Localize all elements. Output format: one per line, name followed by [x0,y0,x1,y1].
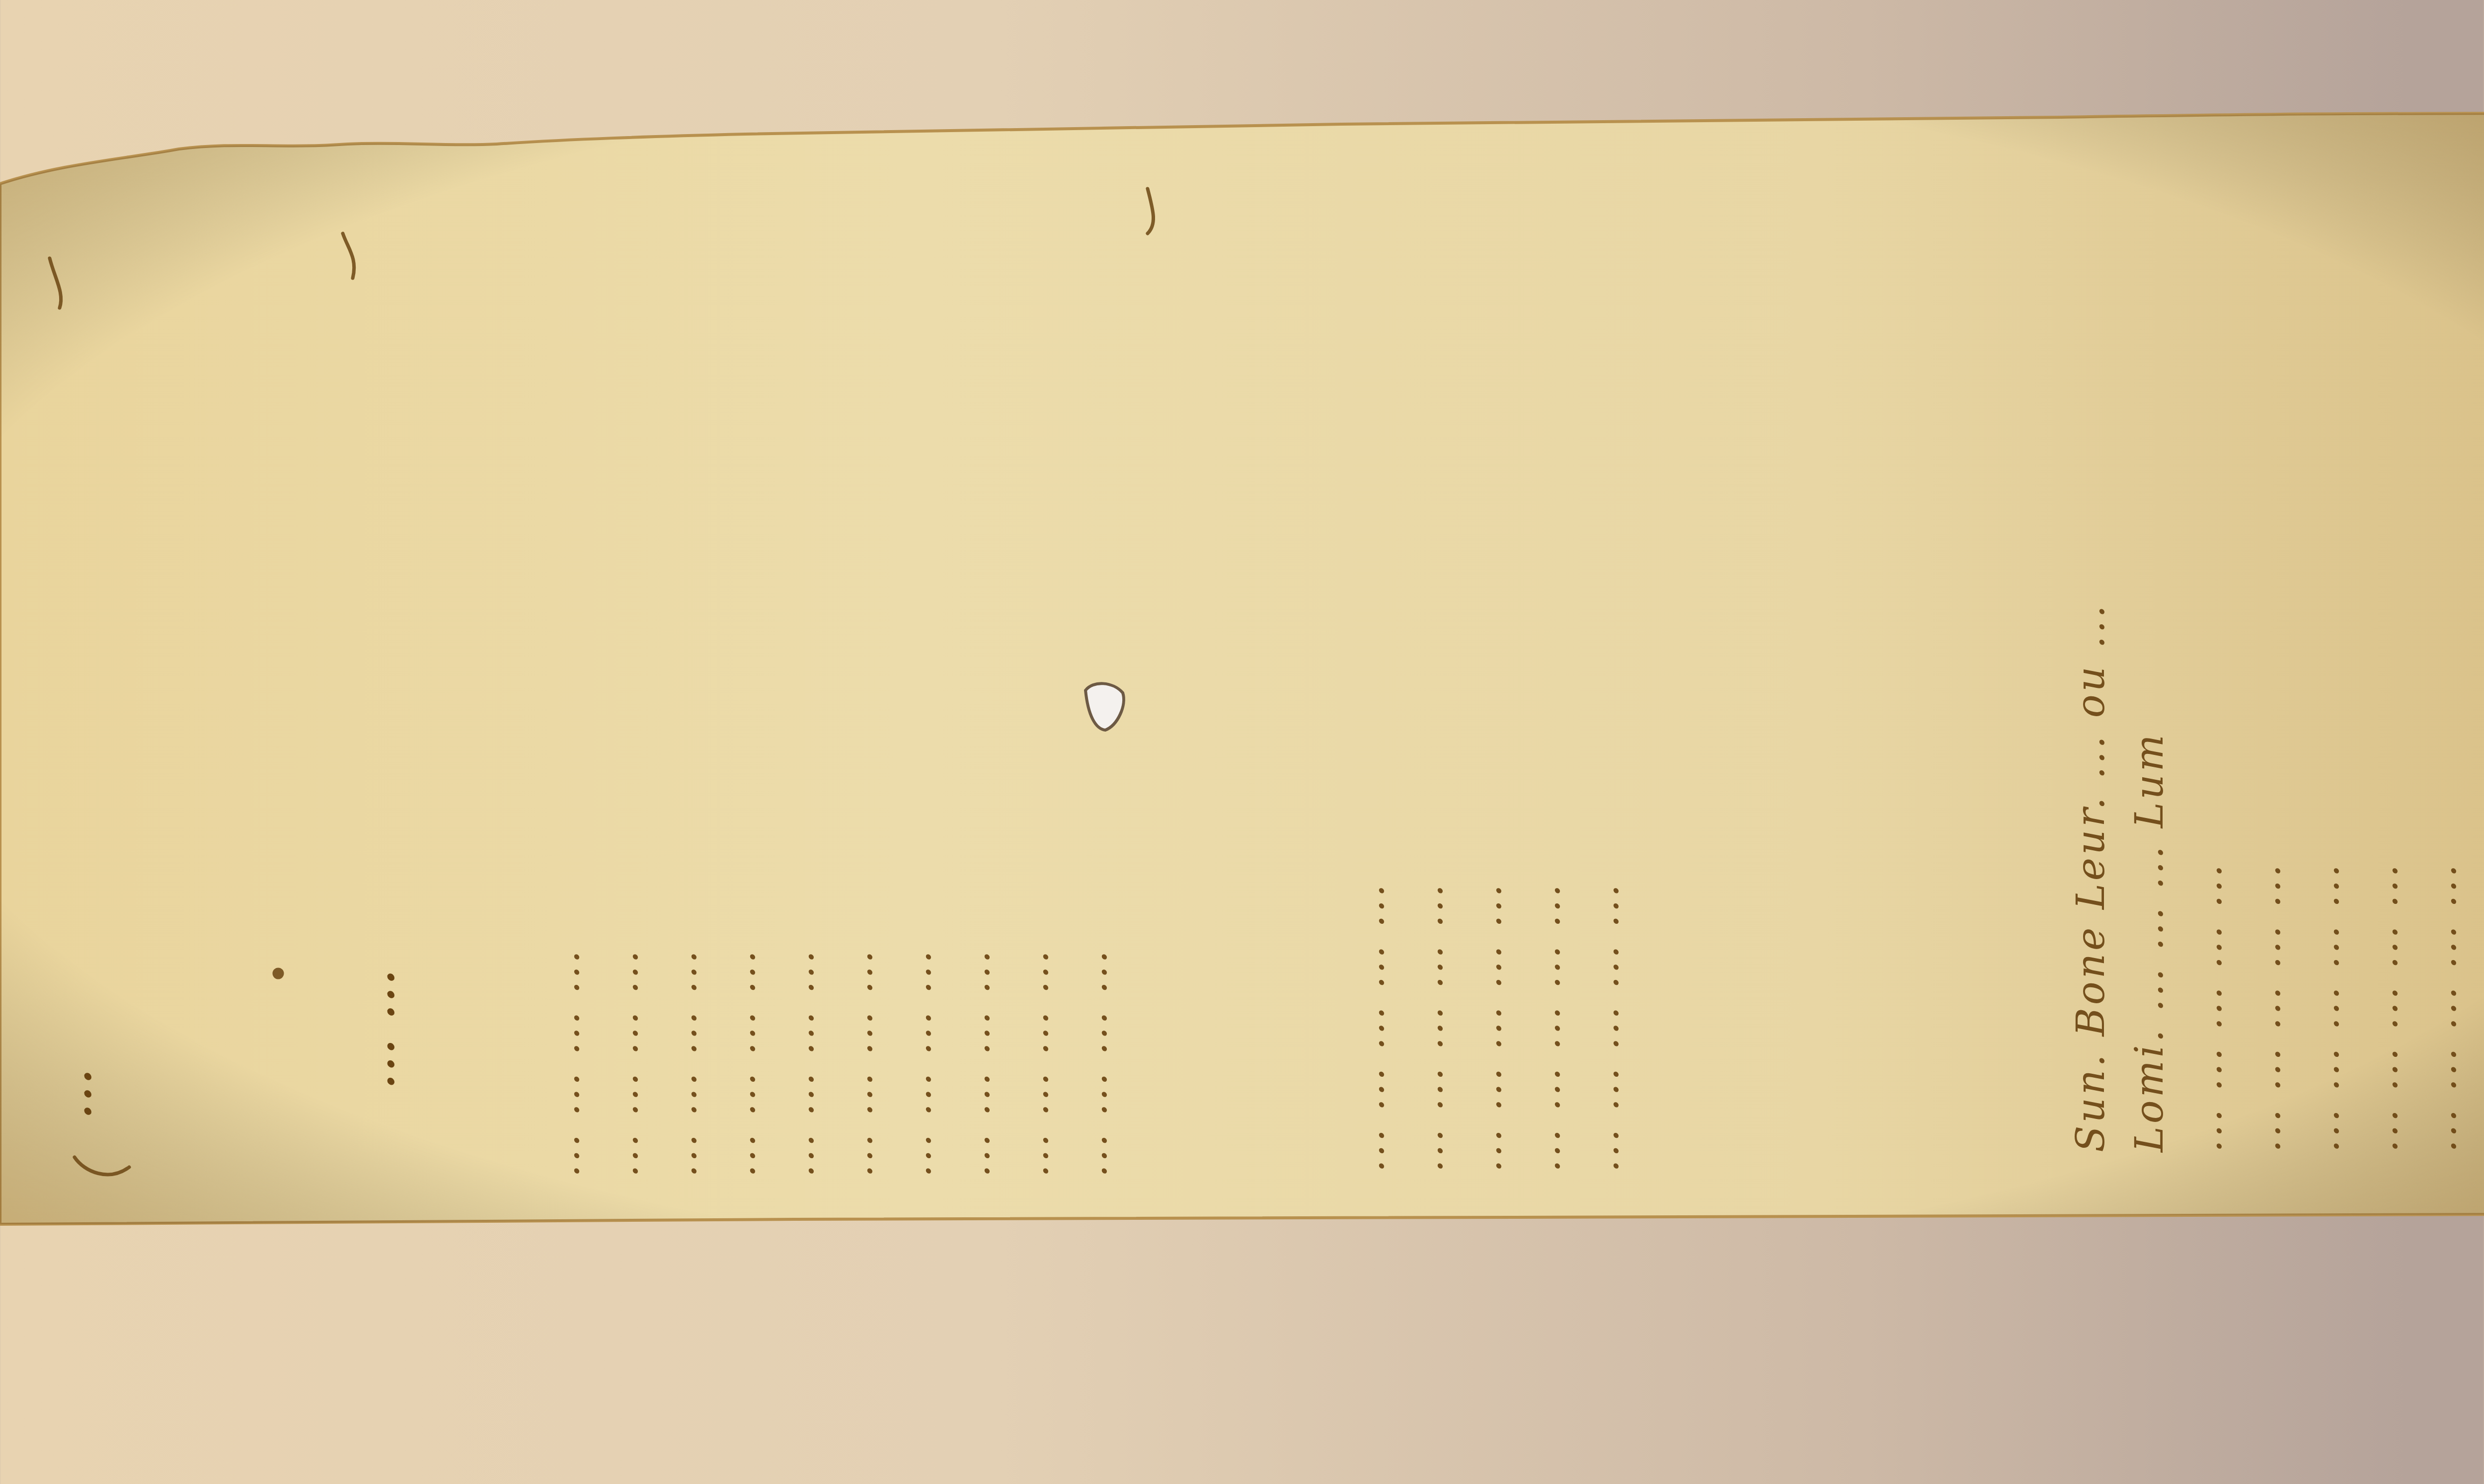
manuscript-line: Sun. Bone Leur. ... ou ... [2062,358,2120,1152]
manuscript-line: ... ... ... ... [537,258,595,1177]
manuscript-line: ... ... ... ... [947,258,1006,1177]
text-block-1: Sun. Bone Leur. ... ou ... Lomi. ... ...… [2062,358,2484,1152]
manuscript-line: ... ... ... ... [771,258,830,1177]
manuscript-line: ... ... ... ... [654,258,712,1177]
manuscript-line: ... ... ... ... ... [2413,358,2472,1152]
manuscript-line: ... ... ... ... ... [1517,278,1576,1172]
text-block-3: ... ... ... ... ... ... ... ... ... ... … [537,258,1123,1177]
manuscript-line: ... ... ... ... ... [1341,278,1400,1172]
manuscript-line: ... ... ... ... ... [2296,358,2355,1152]
text-block-2: ... ... ... ... ... ... ... ... ... ... … [1341,278,1634,1172]
margin-note-2: ... [40,1068,103,1120]
manuscript-line: ... ... ... ... [888,258,947,1177]
manuscript-line: Lomi. ... ... ... Lum [2120,358,2179,1152]
manuscript-line: ... ... ... ... [712,258,771,1177]
manuscript-line: ... ... ... ... [595,258,654,1177]
manuscript-line: ... ... ... ... [830,258,888,1177]
manuscript-line: ... ... ... ... [1006,258,1064,1177]
manuscript-line: ... ... ... ... ... [2179,358,2238,1152]
manuscript-line: ... ... ... ... ... [1459,278,1517,1172]
manuscript-line: ... ... ... ... ... [2472,358,2484,1152]
manuscript-line: ... ... ... ... ... [1576,278,1634,1172]
manuscript-line: ... ... ... ... ... [2238,358,2296,1152]
manuscript-line: ... ... ... ... ... [1400,278,1459,1172]
manuscript-line: ... ... ... ... [1064,258,1123,1177]
manuscript-line: ... ... ... ... ... [2355,358,2413,1152]
margin-note-1: ... ... [343,968,406,1090]
